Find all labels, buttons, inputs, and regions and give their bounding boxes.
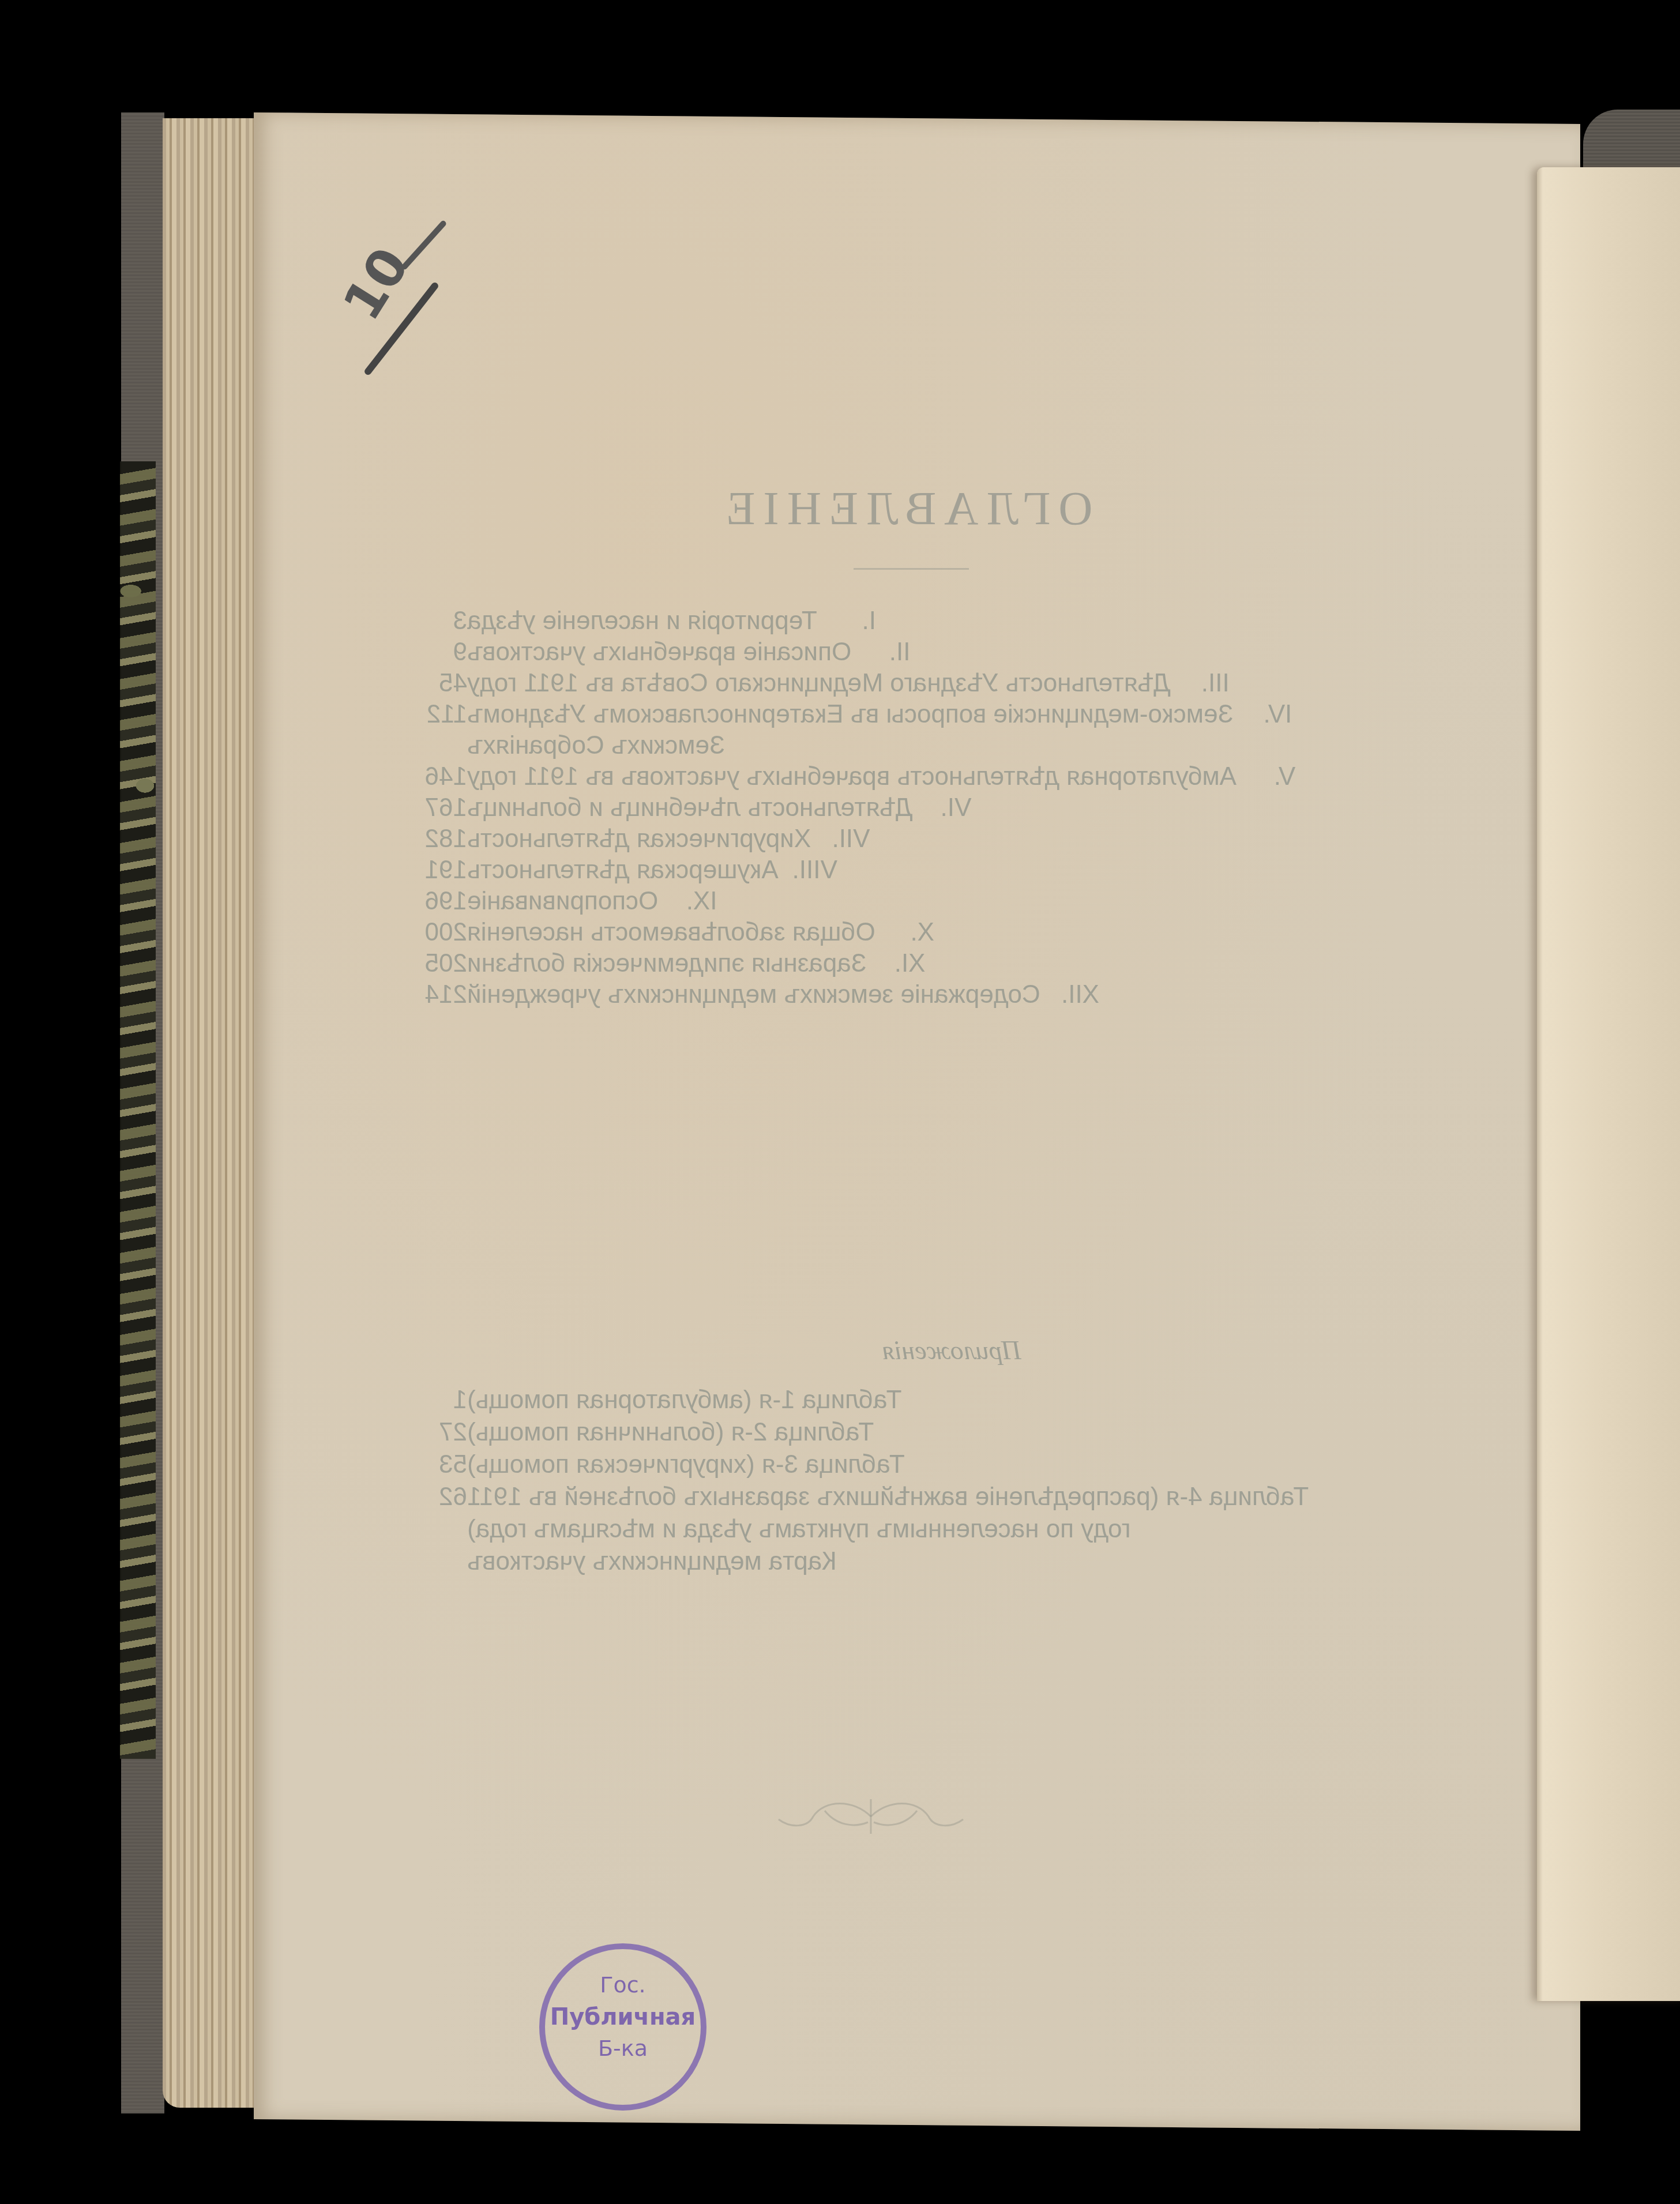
toc-entry: XI. Заразныя эпидемическія болѣзни205 xyxy=(398,948,1367,979)
handwritten-mark: 10 xyxy=(323,190,450,375)
page-block-edge xyxy=(163,118,261,2108)
page-number: 200 xyxy=(398,917,467,948)
page-number: 62 xyxy=(398,1481,467,1513)
toc-entry: I. Территорія и населеніе уѣзда3 xyxy=(398,605,1367,637)
page-number: 191 xyxy=(398,855,467,886)
appendix-entry: Карта медицинскихъ участковъ xyxy=(398,1545,1367,1578)
toc-entry: IV. Земско-медицинскіе вопросы въ Екатер… xyxy=(398,699,1367,761)
page-number: 182 xyxy=(398,823,467,855)
folded-insert-page xyxy=(1537,167,1680,2001)
toc-entry: VIII. Акушерская дѣятельность191 xyxy=(398,855,1367,886)
page-number: 205 xyxy=(398,948,467,979)
page-number: 45 xyxy=(398,668,467,699)
page-title: ОГЛАВЛЕНІЕ xyxy=(681,482,1130,536)
page-number: 3 xyxy=(398,605,467,637)
appendix-list: Таблица 1-я (амбулаторная помощь)1 Табли… xyxy=(398,1384,1367,1578)
page-number: 167 xyxy=(398,792,467,823)
scan-scene: 10 ОГЛАВЛЕНІЕ I. Территорія и населеніе … xyxy=(0,0,1680,2204)
appendix-entry: Таблица 3-я (хирургическая помощь)53 xyxy=(398,1449,1367,1481)
pencil-stroke-icon xyxy=(400,220,447,270)
toc-entry: VI. Дѣятельность лѣчебницъ и больницъ167 xyxy=(398,792,1367,823)
page-number: 196 xyxy=(398,886,467,917)
page-number: 53 xyxy=(398,1449,467,1481)
appendix-entry: Таблица 1-я (амбулаторная помощь)1 xyxy=(398,1384,1367,1416)
toc-entry: XII. Содержаніе земскихъ медицинскихъ уч… xyxy=(398,979,1367,1010)
ornament-vignette-icon xyxy=(756,1793,986,1840)
toc-entry: VII. Хирургическая дѣятельность182 xyxy=(398,823,1367,855)
page-number: 1 xyxy=(398,1384,467,1416)
page-number: 9 xyxy=(398,637,467,668)
toc-entry: X. Общая заболѣваемость населенія200 xyxy=(398,917,1367,948)
table-of-contents: I. Территорія и населеніе уѣзда3 II. Опи… xyxy=(398,605,1367,1010)
appendix-entry: Таблица 4-я (распредѣленіе важнѣйшихъ за… xyxy=(398,1481,1367,1545)
appendix-heading: Приложенія xyxy=(779,1335,1125,1366)
appendix-entry: Таблица 2-я (больничная помощь)27 xyxy=(398,1416,1367,1449)
toc-entry: V. Амбулаторная дѣятельность врачебныхъ … xyxy=(398,761,1367,792)
page-number: 146 xyxy=(398,761,467,792)
toc-entry: III. Дѣятельность Уѣзднаго Медицинскаго … xyxy=(398,668,1367,699)
library-stamp: Гос. Публичная Б-ка xyxy=(539,1943,706,2111)
title-divider xyxy=(854,568,969,570)
toc-entry: II. Описаніе врачебныхъ участковъ9 xyxy=(398,637,1367,668)
page-number: 27 xyxy=(398,1416,467,1449)
marbled-endpaper xyxy=(120,461,156,1759)
page-number: 214 xyxy=(398,979,467,1010)
toc-entry: IX. Оспопрививаніе196 xyxy=(398,886,1367,917)
page-number: 112 xyxy=(398,699,467,730)
